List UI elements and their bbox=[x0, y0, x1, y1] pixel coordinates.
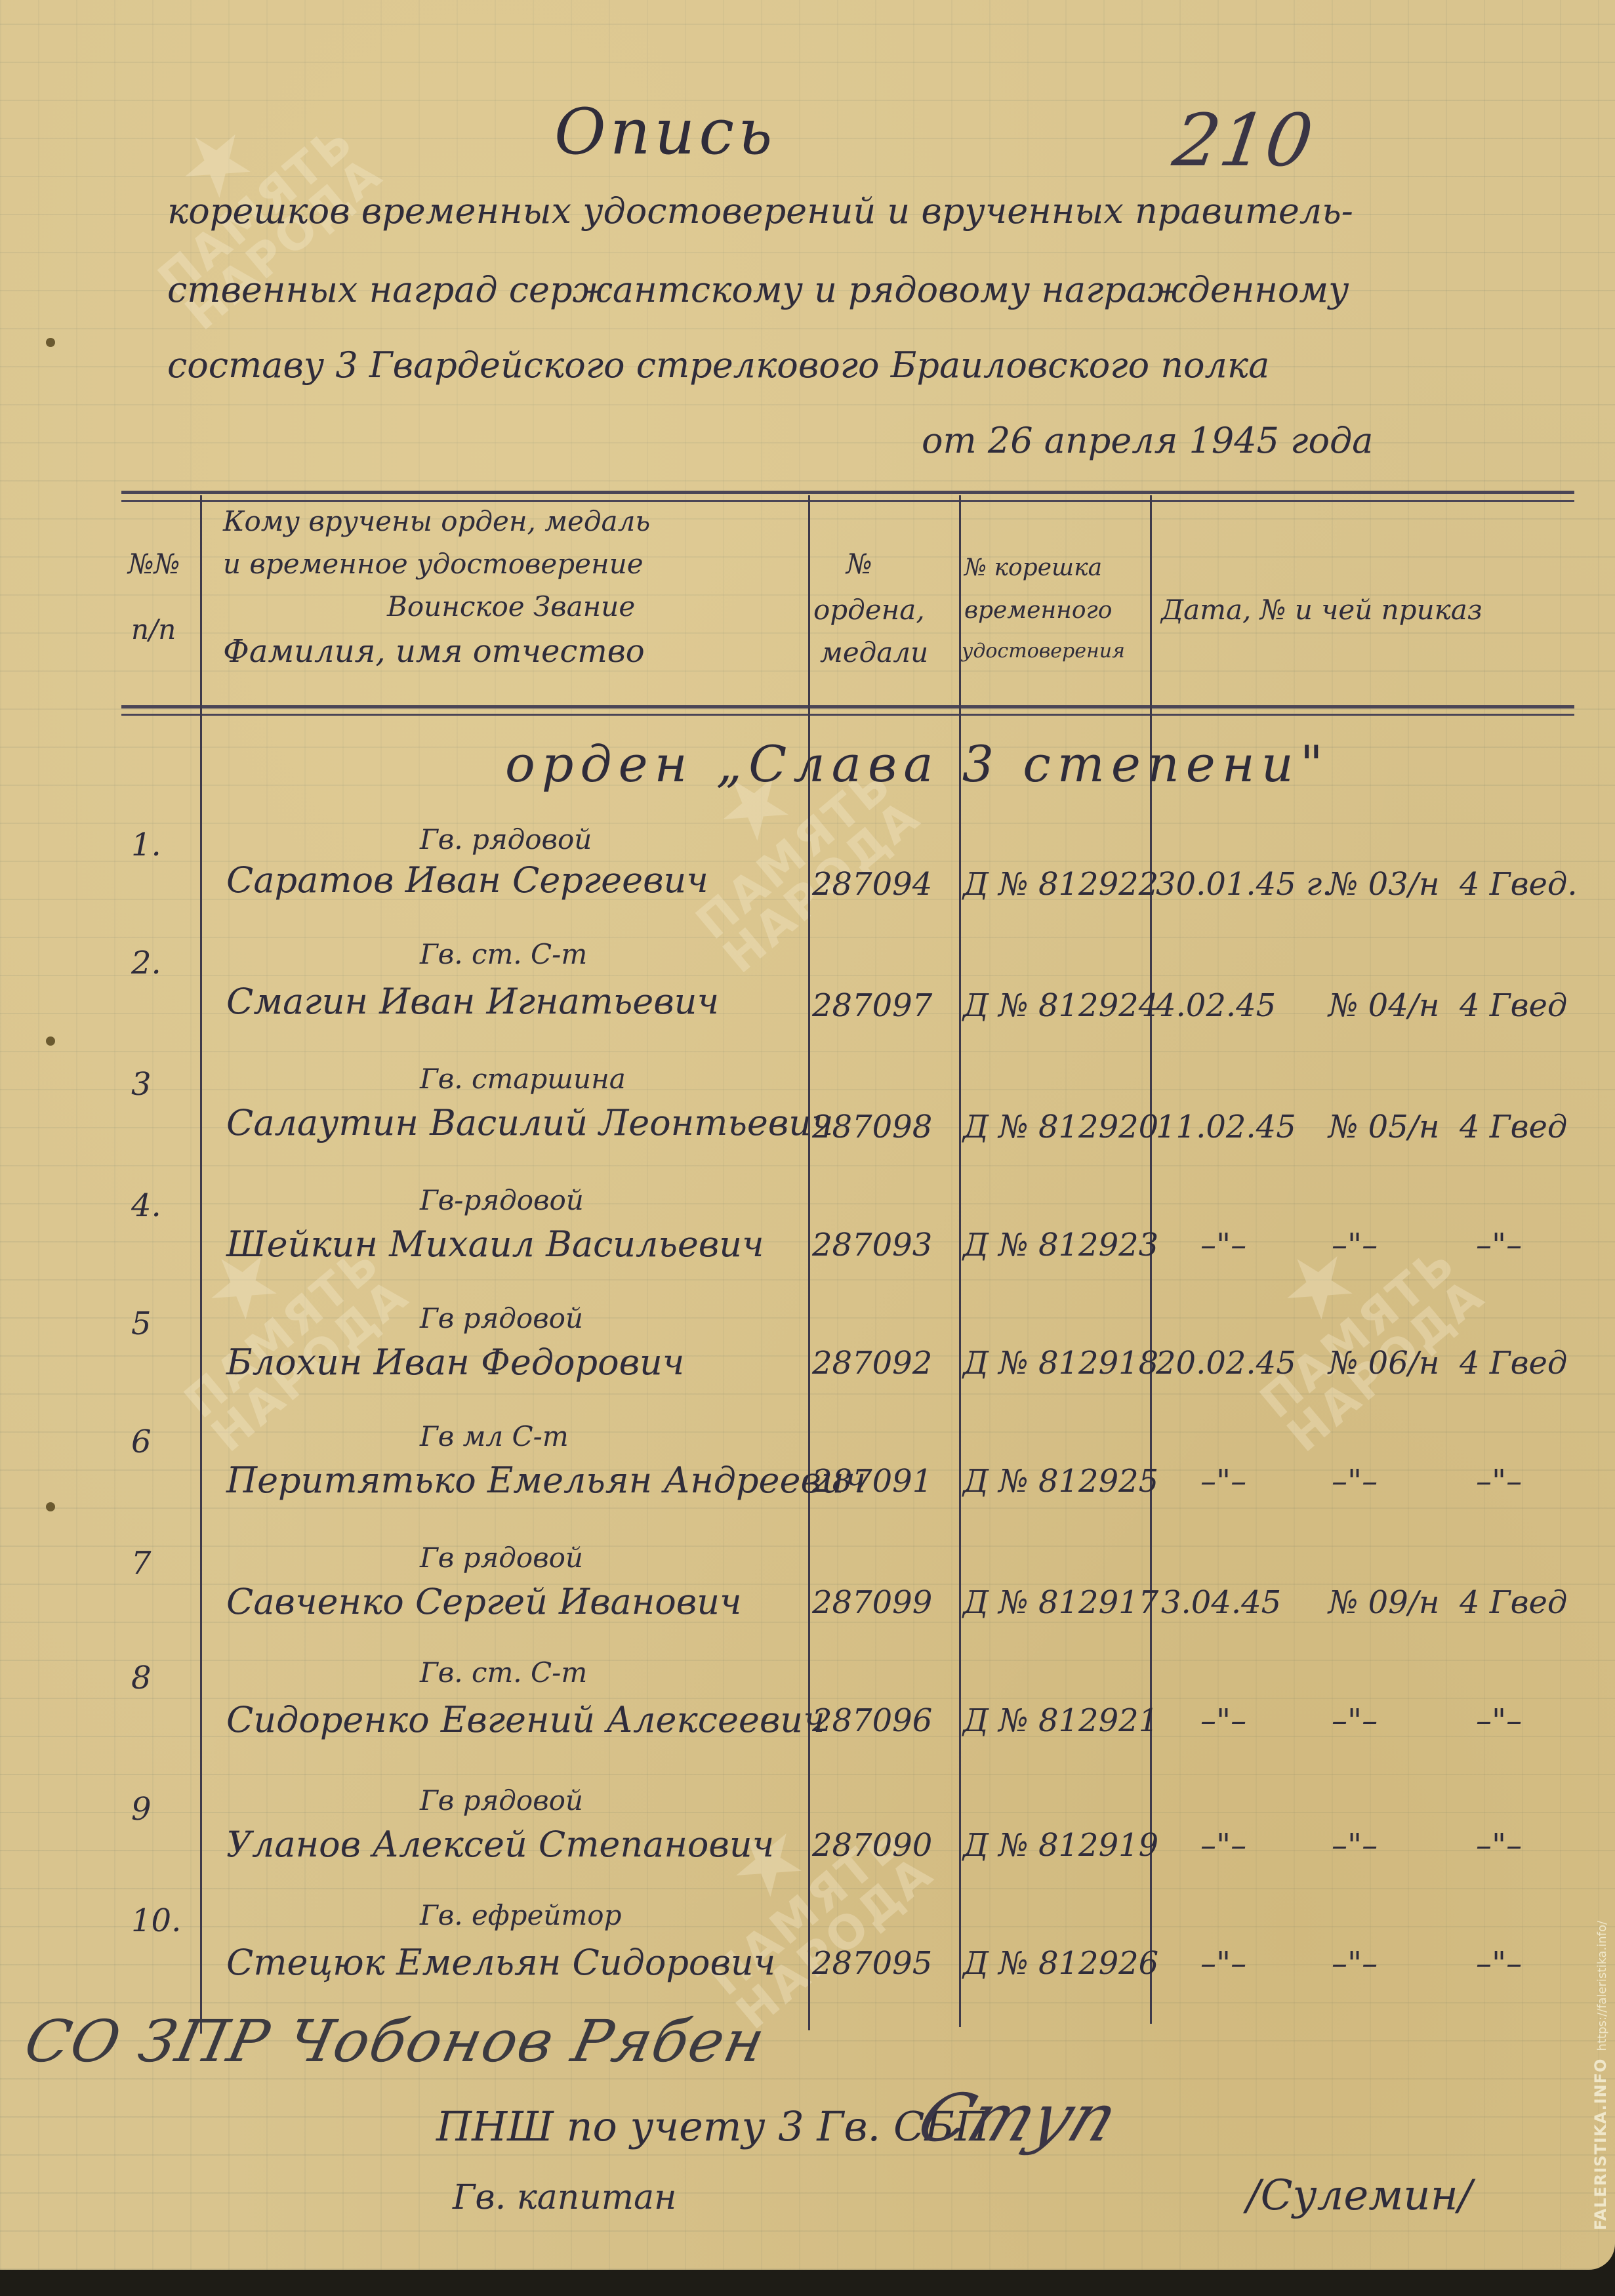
row-number: 2. bbox=[131, 945, 161, 981]
signatory-title: ПНШ по учету 3 Гв. СБП bbox=[436, 2102, 990, 2150]
row-rank: Гв. старшина bbox=[420, 1063, 626, 1095]
row-date: 20.02.45 bbox=[1156, 1345, 1296, 1382]
archival-annotation: СО ЗПР Чобонов Рябен bbox=[19, 2007, 771, 2075]
row-rank: Гв. ст. С-т bbox=[420, 938, 587, 970]
row-date: –"– bbox=[1200, 1227, 1246, 1263]
row-issuer: –"– bbox=[1476, 1702, 1522, 1739]
row-date: 30.01.45 г. bbox=[1156, 866, 1332, 903]
row-rank: Гв рядовой bbox=[420, 1542, 583, 1574]
row-number: 4. bbox=[131, 1187, 161, 1224]
row-rank: Гв. ефрейтор bbox=[420, 1899, 621, 1931]
header-stub-no-1: № корешка bbox=[964, 554, 1102, 581]
row-rank: Гв рядовой bbox=[420, 1302, 583, 1334]
row-stub-number: Д № 812921 bbox=[963, 1702, 1158, 1739]
row-order-number: 287095 bbox=[812, 1945, 932, 1982]
signature: Ступ bbox=[908, 2080, 1128, 2156]
row-name: Савченко Сергей Иванович bbox=[226, 1581, 742, 1622]
column-divider bbox=[808, 495, 810, 2030]
row-order: –"– bbox=[1332, 1945, 1378, 1982]
row-stub-number: Д № 812924 bbox=[963, 987, 1158, 1024]
row-number: 10. bbox=[131, 1902, 181, 1939]
punch-hole bbox=[46, 1502, 55, 1511]
row-order-number: 287094 bbox=[812, 866, 932, 903]
archive-page-number: 210 bbox=[1168, 98, 1318, 182]
document-date: от 26 апреля 1945 года bbox=[922, 420, 1373, 461]
header-bottom-rule-2 bbox=[121, 714, 1574, 716]
row-name: Шейкин Михаил Васильевич bbox=[226, 1223, 764, 1265]
row-name: Салаутин Василий Леонтьевич bbox=[226, 1102, 834, 1143]
header-stub-no-3: удостоверения bbox=[962, 640, 1125, 663]
row-stub-number: Д № 812920 bbox=[963, 1109, 1158, 1145]
row-stub-number: Д № 812917 bbox=[963, 1584, 1158, 1621]
row-stub-number: Д № 812926 bbox=[963, 1945, 1158, 1982]
row-stub-number: Д № 812925 bbox=[963, 1463, 1158, 1500]
row-name: Смагин Иван Игнатьевич bbox=[226, 981, 719, 1022]
row-date: –"– bbox=[1200, 1702, 1246, 1739]
row-number: 7 bbox=[131, 1545, 152, 1582]
row-order: –"– bbox=[1332, 1827, 1378, 1864]
row-name: Сидоренко Евгений Алексеевич bbox=[226, 1699, 825, 1740]
archive-document-page: ★ ПАМЯТЬ НАРОДА ★ ПАМЯТЬ НАРОДА ★ ПАМЯТЬ… bbox=[0, 0, 1615, 2270]
row-rank: Гв. ст. С-т bbox=[420, 1656, 587, 1689]
row-order: № 03/н bbox=[1328, 866, 1440, 903]
row-stub-number: Д № 812923 bbox=[963, 1227, 1158, 1263]
header-order-no-3: медали bbox=[820, 636, 928, 668]
header-num-2: п/п bbox=[131, 613, 176, 646]
row-number: 3 bbox=[131, 1066, 152, 1103]
document-title: Опись bbox=[554, 95, 776, 169]
header-order-no-2: ордена, bbox=[813, 594, 925, 626]
subtitle-line-1: корешков временных удостоверений и вруче… bbox=[167, 190, 1353, 232]
signatory-name: /Сулемин/ bbox=[1246, 2171, 1472, 2220]
row-issuer: 4 Гвед bbox=[1460, 1584, 1567, 1621]
table-top-rule-2 bbox=[121, 500, 1574, 502]
header-bottom-rule bbox=[121, 705, 1574, 708]
watermark: ★ ПАМЯТЬ НАРОДА bbox=[649, 1753, 941, 2036]
row-stub-number: Д № 812919 bbox=[963, 1827, 1158, 1864]
signatory-rank: Гв. капитан bbox=[453, 2178, 676, 2217]
row-order: № 05/н bbox=[1328, 1109, 1440, 1145]
table-top-rule bbox=[121, 491, 1574, 494]
section-title: орден „Слава 3 степени" bbox=[505, 735, 1330, 793]
row-order-number: 287091 bbox=[812, 1463, 932, 1500]
row-date: 4.02.45 bbox=[1156, 987, 1276, 1024]
row-number: 5 bbox=[131, 1305, 152, 1342]
row-order: –"– bbox=[1332, 1463, 1378, 1500]
header-name-line-3: Воинское Звание bbox=[387, 590, 635, 623]
row-stub-number: Д № 812922 bbox=[963, 866, 1158, 903]
row-issuer: 4 Гвед. bbox=[1460, 866, 1578, 903]
row-issuer: –"– bbox=[1476, 1463, 1522, 1500]
row-issuer: 4 Гвед bbox=[1460, 987, 1567, 1024]
column-divider bbox=[959, 495, 961, 2027]
row-issuer: –"– bbox=[1476, 1227, 1522, 1263]
row-order-number: 287092 bbox=[812, 1345, 932, 1382]
row-issuer: –"– bbox=[1476, 1827, 1522, 1864]
header-name-line-2: и временное удостоверение bbox=[223, 548, 644, 580]
row-order: № 04/н bbox=[1328, 987, 1440, 1024]
row-date: –"– bbox=[1200, 1827, 1246, 1864]
row-order: –"– bbox=[1332, 1227, 1378, 1263]
row-number: 6 bbox=[131, 1424, 152, 1460]
row-number: 8 bbox=[131, 1660, 152, 1696]
row-name: Перитятько Емельян Андреевич bbox=[226, 1460, 866, 1501]
subtitle-line-3: составу 3 Гвардейского стрелкового Браил… bbox=[167, 344, 1269, 386]
row-order-number: 287098 bbox=[812, 1109, 932, 1145]
credit-url: https://faleristika.info/ bbox=[1595, 1921, 1609, 2051]
subtitle-line-2: ственных наград сержантскому и рядовому … bbox=[167, 269, 1349, 310]
row-order: № 06/н bbox=[1328, 1345, 1440, 1382]
punch-hole bbox=[46, 338, 55, 347]
credit-brand: FALERISTIKA.INFO bbox=[1591, 2059, 1610, 2230]
row-issuer: –"– bbox=[1476, 1945, 1522, 1982]
row-rank: Гв рядовой bbox=[420, 1784, 583, 1816]
row-stub-number: Д № 812918 bbox=[963, 1345, 1158, 1382]
row-date: –"– bbox=[1200, 1945, 1246, 1982]
row-issuer: 4 Гвед bbox=[1460, 1345, 1567, 1382]
row-rank: Гв-рядовой bbox=[420, 1184, 584, 1216]
row-issuer: 4 Гвед bbox=[1460, 1109, 1567, 1145]
header-order-no-1: № bbox=[846, 548, 872, 580]
row-date: 3.04.45 bbox=[1161, 1584, 1281, 1621]
row-name: Стецюк Емельян Сидорович bbox=[226, 1942, 775, 1983]
header-stub-no-2: временного bbox=[964, 597, 1112, 624]
row-date: –"– bbox=[1200, 1463, 1246, 1500]
row-order-number: 287099 bbox=[812, 1584, 932, 1621]
row-order: –"– bbox=[1332, 1702, 1378, 1739]
watermark: ★ ПАМЯТЬ НАРОДА bbox=[125, 1176, 416, 1459]
row-rank: Гв мл С-т bbox=[420, 1420, 569, 1452]
row-order-number: 287093 bbox=[812, 1227, 932, 1263]
row-rank: Гв. рядовой bbox=[420, 823, 592, 855]
row-number: 9 bbox=[131, 1791, 152, 1828]
source-credit: FALERISTIKA.INFO https://faleristika.inf… bbox=[1591, 1921, 1610, 2230]
row-order-number: 287097 bbox=[812, 987, 932, 1024]
row-order-number: 287096 bbox=[812, 1702, 932, 1739]
row-name: Блохин Иван Федорович bbox=[226, 1342, 684, 1383]
punch-hole bbox=[46, 1036, 55, 1046]
header-order-info: Дата, № и чей приказ bbox=[1161, 594, 1482, 626]
row-date: 11.02.45 bbox=[1156, 1109, 1296, 1145]
header-name-line-1: Кому вручены орден, медаль bbox=[223, 505, 650, 537]
row-order: № 09/н bbox=[1328, 1584, 1440, 1621]
header-num: №№ bbox=[128, 548, 180, 580]
row-name: Уланов Алексей Степанович bbox=[226, 1824, 774, 1865]
row-order-number: 287090 bbox=[812, 1827, 932, 1864]
header-name-line-4: Фамилия, имя отчество bbox=[223, 633, 645, 670]
row-name: Саратов Иван Сергеевич bbox=[226, 859, 708, 901]
watermark: ★ ПАМЯТЬ НАРОДА bbox=[1200, 1176, 1492, 1459]
row-number: 1. bbox=[131, 827, 161, 863]
column-divider bbox=[200, 495, 202, 2034]
star-icon: ★ bbox=[98, 54, 333, 270]
